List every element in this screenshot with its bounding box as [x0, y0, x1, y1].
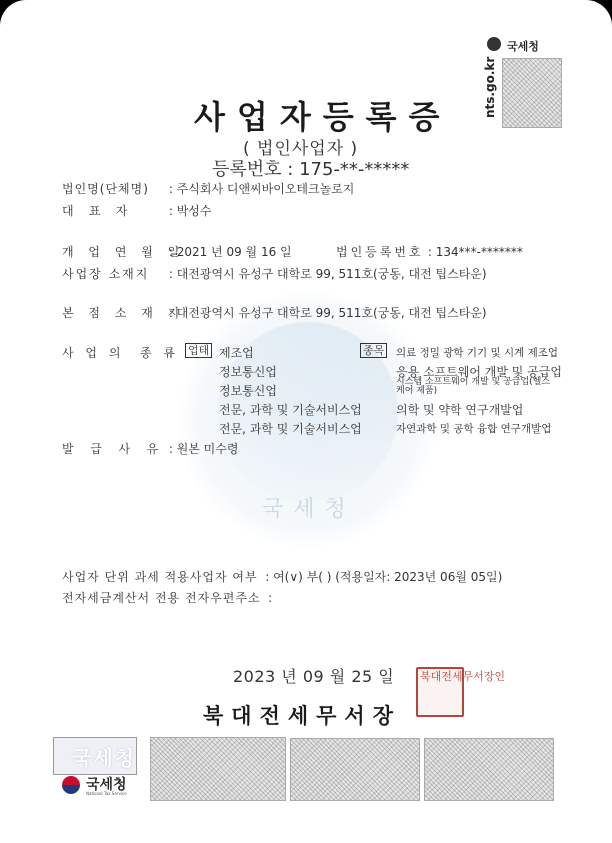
category-item: 전문, 과학 및 기술서비스업	[219, 401, 362, 420]
field-business-address: 사업장 소재지 : 대전광역시 유성구 대학로 99, 511호(궁동, 대전 …	[62, 265, 487, 282]
field-business-type-label: 사 업 의 종 류 :	[62, 344, 173, 361]
item-entry: 자연과학 및 공학 융합 연구개발업	[396, 421, 551, 436]
field-issue-reason: 발 급 사 유 : 원본 미수령	[62, 440, 238, 457]
issue-date: 2023 년 09 월 25 일	[233, 664, 394, 687]
taeguk-logo-icon	[62, 776, 80, 794]
category-list-rest: 정보통신업 정보통신업 전문, 과학 및 기술서비스업 전문, 과학 및 기술서…	[219, 363, 362, 439]
field-representative: 대 표 자 : 박성수	[62, 202, 211, 219]
category-item: 전문, 과학 및 기술서비스업	[219, 420, 362, 439]
registration-number: 등록번호 : 175-**-*****	[212, 155, 409, 181]
category-list: 제조업	[219, 344, 254, 363]
field-unit-tax: 사업자 단위 과세 적용사업자 여부 : 여(∨) 부( ) (적용일자: 20…	[62, 568, 502, 585]
official-seal: 북대전세무서장인	[416, 667, 464, 717]
reg-number-value: 175-**-*****	[299, 159, 409, 180]
document-title: 사업자등록증	[194, 92, 451, 138]
category-item: 정보통신업	[219, 382, 362, 401]
nts-logo-box: 국세청	[53, 737, 137, 775]
category-item: 제조업	[219, 344, 254, 363]
category-label-box: 업태	[185, 343, 216, 358]
nts-label: 국세청	[507, 38, 539, 54]
item-entry: 의료 정밀 광학 기기 및 시계 제조업	[396, 345, 558, 360]
watermark-text: 국세청	[262, 492, 356, 523]
item-label-box: 종목	[360, 343, 391, 358]
nts-mascot-icon	[487, 37, 501, 51]
qr-code[interactable]	[502, 58, 562, 128]
field-open-date: 개 업 연 월 일 : 2021 년 09 월 16 일	[62, 243, 292, 260]
verification-code-2[interactable]	[290, 738, 420, 801]
item-entry: 의학 및 약학 연구개발업	[396, 401, 523, 418]
category-item: 정보통신업	[219, 363, 362, 382]
field-e-invoice-email: 전자세금계산서 전용 전자우편주소 :	[62, 589, 276, 606]
nts-logo-subtext: National Tax Service	[86, 791, 127, 796]
tax-office-name: 북대전세무서장	[203, 700, 401, 730]
certificate-page: 국세청 국세청 nts.go.kr 사업자등록증 ( 법인사업자 ) 등록번호 …	[0, 0, 612, 843]
reg-number-label: 등록번호 :	[212, 159, 293, 180]
verification-code-1[interactable]	[150, 737, 286, 801]
item-entry: 시스템 소프트웨어 개발 및 공급업(헬스케어 제품)	[396, 378, 556, 396]
verification-code-3[interactable]	[424, 738, 554, 801]
nts-url: nts.go.kr	[483, 57, 497, 118]
field-corp-name: 법인명(단체명) : 주식회사 디앤씨바이오테크놀로지	[62, 180, 354, 197]
field-corp-reg-number: 법인등록번호 : 134***-*******	[336, 243, 523, 260]
field-hq-address: 본 점 소 재 지 : 대전광역시 유성구 대학로 99, 511호(궁동, 대…	[62, 304, 487, 321]
